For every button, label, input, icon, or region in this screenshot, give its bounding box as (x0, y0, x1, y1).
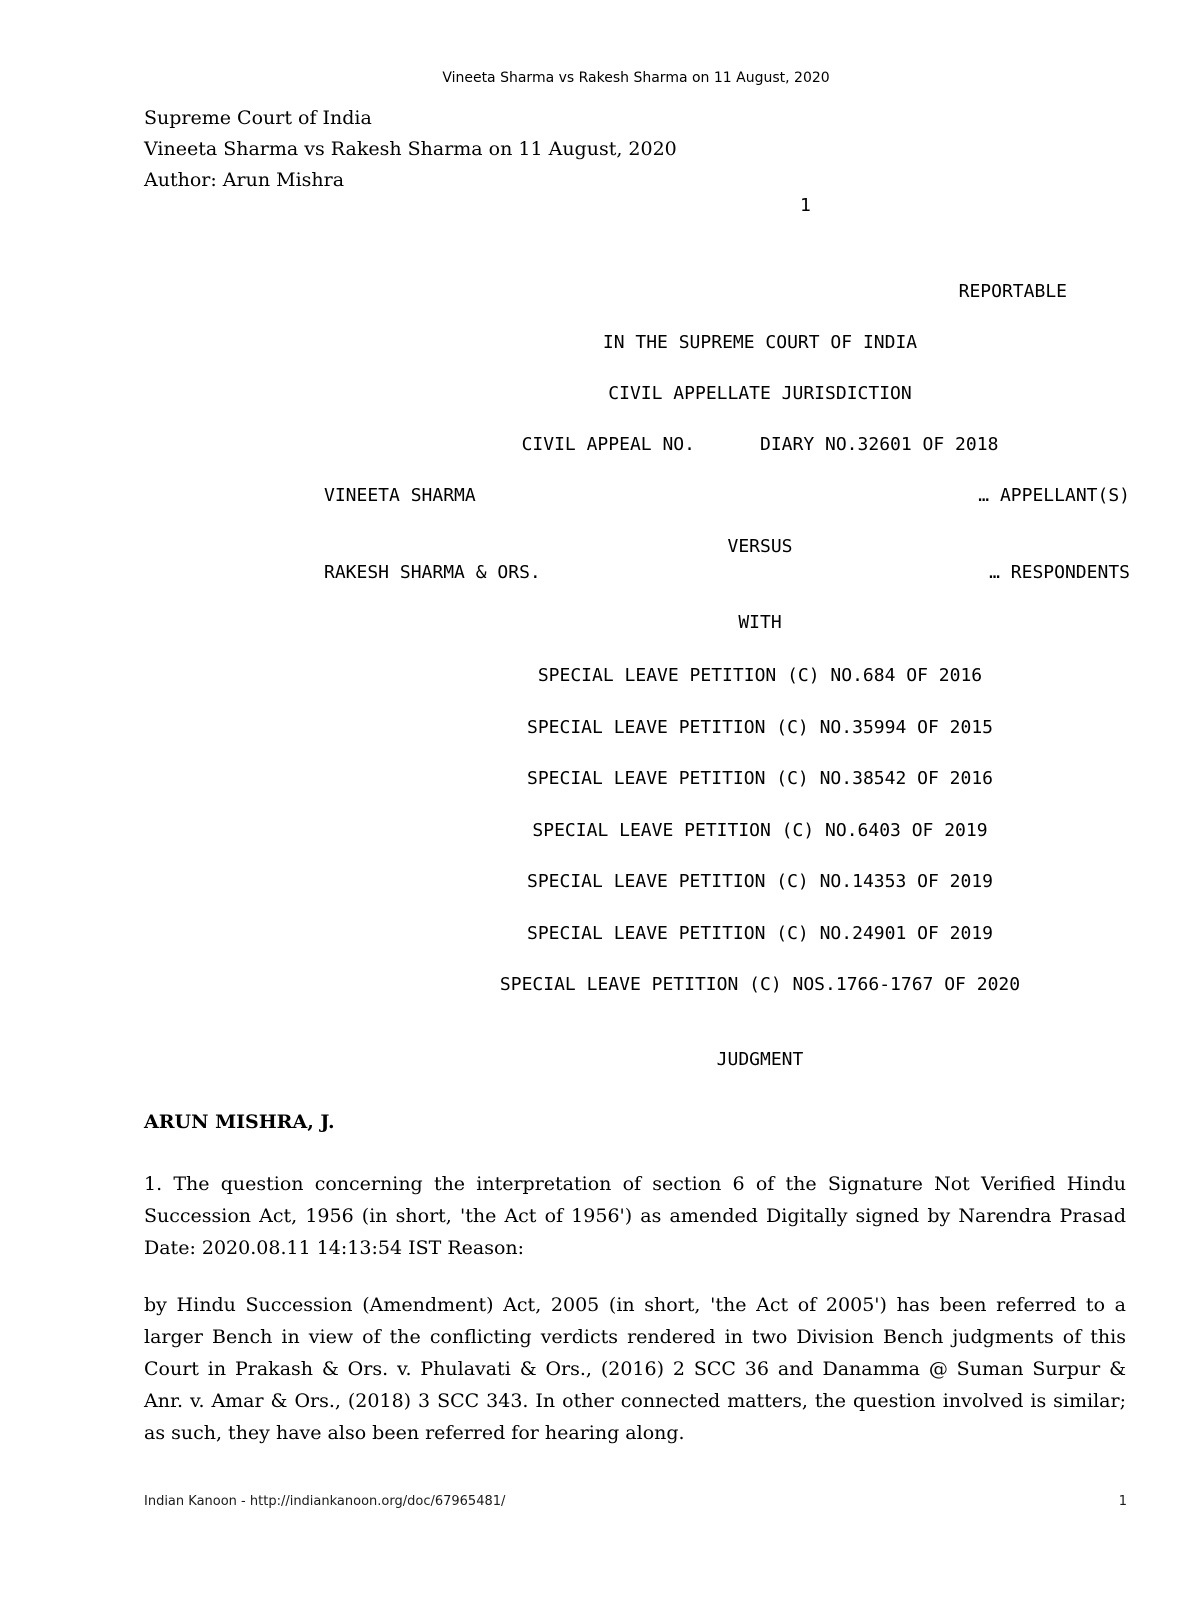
respondent-row: RAKESH SHARMA & ORS. … RESPONDENTS (324, 560, 1130, 585)
slp-line: SPECIAL LEAVE PETITION (C) NO.35994 OF 2… (386, 715, 1134, 740)
document-title-block: Supreme Court of India Vineeta Sharma vs… (144, 103, 1144, 196)
judgment-paragraph-1: 1. The question concerning the interpret… (144, 1168, 1126, 1264)
paragraph-line: Court in Prakash & Ors. v. Phulavati & O… (144, 1353, 1126, 1385)
slp-line: SPECIAL LEAVE PETITION (C) NO.24901 OF 2… (386, 921, 1134, 946)
appellant-role: … APPELLANT(S) (978, 483, 1130, 508)
page-number-top: 1 (800, 193, 811, 218)
with-label: WITH (386, 610, 1134, 635)
paragraph-line: 1. The question concerning the interpret… (144, 1168, 1126, 1200)
court-heading: IN THE SUPREME COURT OF INDIA (386, 330, 1134, 355)
court-name: Supreme Court of India (144, 103, 1144, 134)
judge-name-heading: ARUN MISHRA, J. (144, 1106, 335, 1138)
footer-page-number: 1 (1119, 1493, 1127, 1511)
slp-line: SPECIAL LEAVE PETITION (C) NO.38542 OF 2… (386, 766, 1134, 791)
paragraph-line: Date: 2020.08.11 14:13:54 IST Reason: (144, 1232, 1126, 1264)
judgment-heading: JUDGMENT (386, 1047, 1134, 1072)
footer-source-link: Indian Kanoon - http://indiankanoon.org/… (144, 1493, 505, 1511)
paragraph-line: larger Bench in view of the conflicting … (144, 1321, 1126, 1353)
appellant-name: VINEETA SHARMA (324, 483, 476, 508)
paragraph-line: as such, they have also been referred fo… (144, 1417, 1126, 1449)
running-header-title: Vineeta Sharma vs Rakesh Sharma on 11 Au… (0, 69, 1200, 87)
versus-label: VERSUS (386, 534, 1134, 559)
respondent-name: RAKESH SHARMA & ORS. (324, 560, 541, 585)
slp-line: SPECIAL LEAVE PETITION (C) NO.6403 OF 20… (386, 818, 1134, 843)
paragraph-line: by Hindu Succession (Amendment) Act, 200… (144, 1289, 1126, 1321)
slp-line: SPECIAL LEAVE PETITION (C) NO.684 OF 201… (386, 663, 1134, 688)
jurisdiction-heading: CIVIL APPELLATE JURISDICTION (386, 381, 1134, 406)
judgment-paragraph-2: by Hindu Succession (Amendment) Act, 200… (144, 1289, 1126, 1449)
page-footer: Indian Kanoon - http://indiankanoon.org/… (144, 1493, 1127, 1511)
slp-line: SPECIAL LEAVE PETITION (C) NO.14353 OF 2… (386, 869, 1134, 894)
appellant-row: VINEETA SHARMA … APPELLANT(S) (324, 483, 1130, 508)
appeal-number-line: CIVIL APPEAL NO. DIARY NO.32601 OF 2018 (386, 432, 1134, 457)
reportable-label: REPORTABLE (144, 279, 1067, 304)
paragraph-line: Succession Act, 1956 (in short, 'the Act… (144, 1200, 1126, 1232)
respondent-role: … RESPONDENTS (989, 560, 1130, 585)
author-line: Author: Arun Mishra (144, 165, 1144, 196)
judgment-document-page: Vineeta Sharma vs Rakesh Sharma on 11 Au… (0, 0, 1200, 1598)
case-title: Vineeta Sharma vs Rakesh Sharma on 11 Au… (144, 134, 1144, 165)
paragraph-line: Anr. v. Amar & Ors., (2018) 3 SCC 343. I… (144, 1385, 1126, 1417)
slp-line: SPECIAL LEAVE PETITION (C) NOS.1766-1767… (386, 972, 1134, 997)
